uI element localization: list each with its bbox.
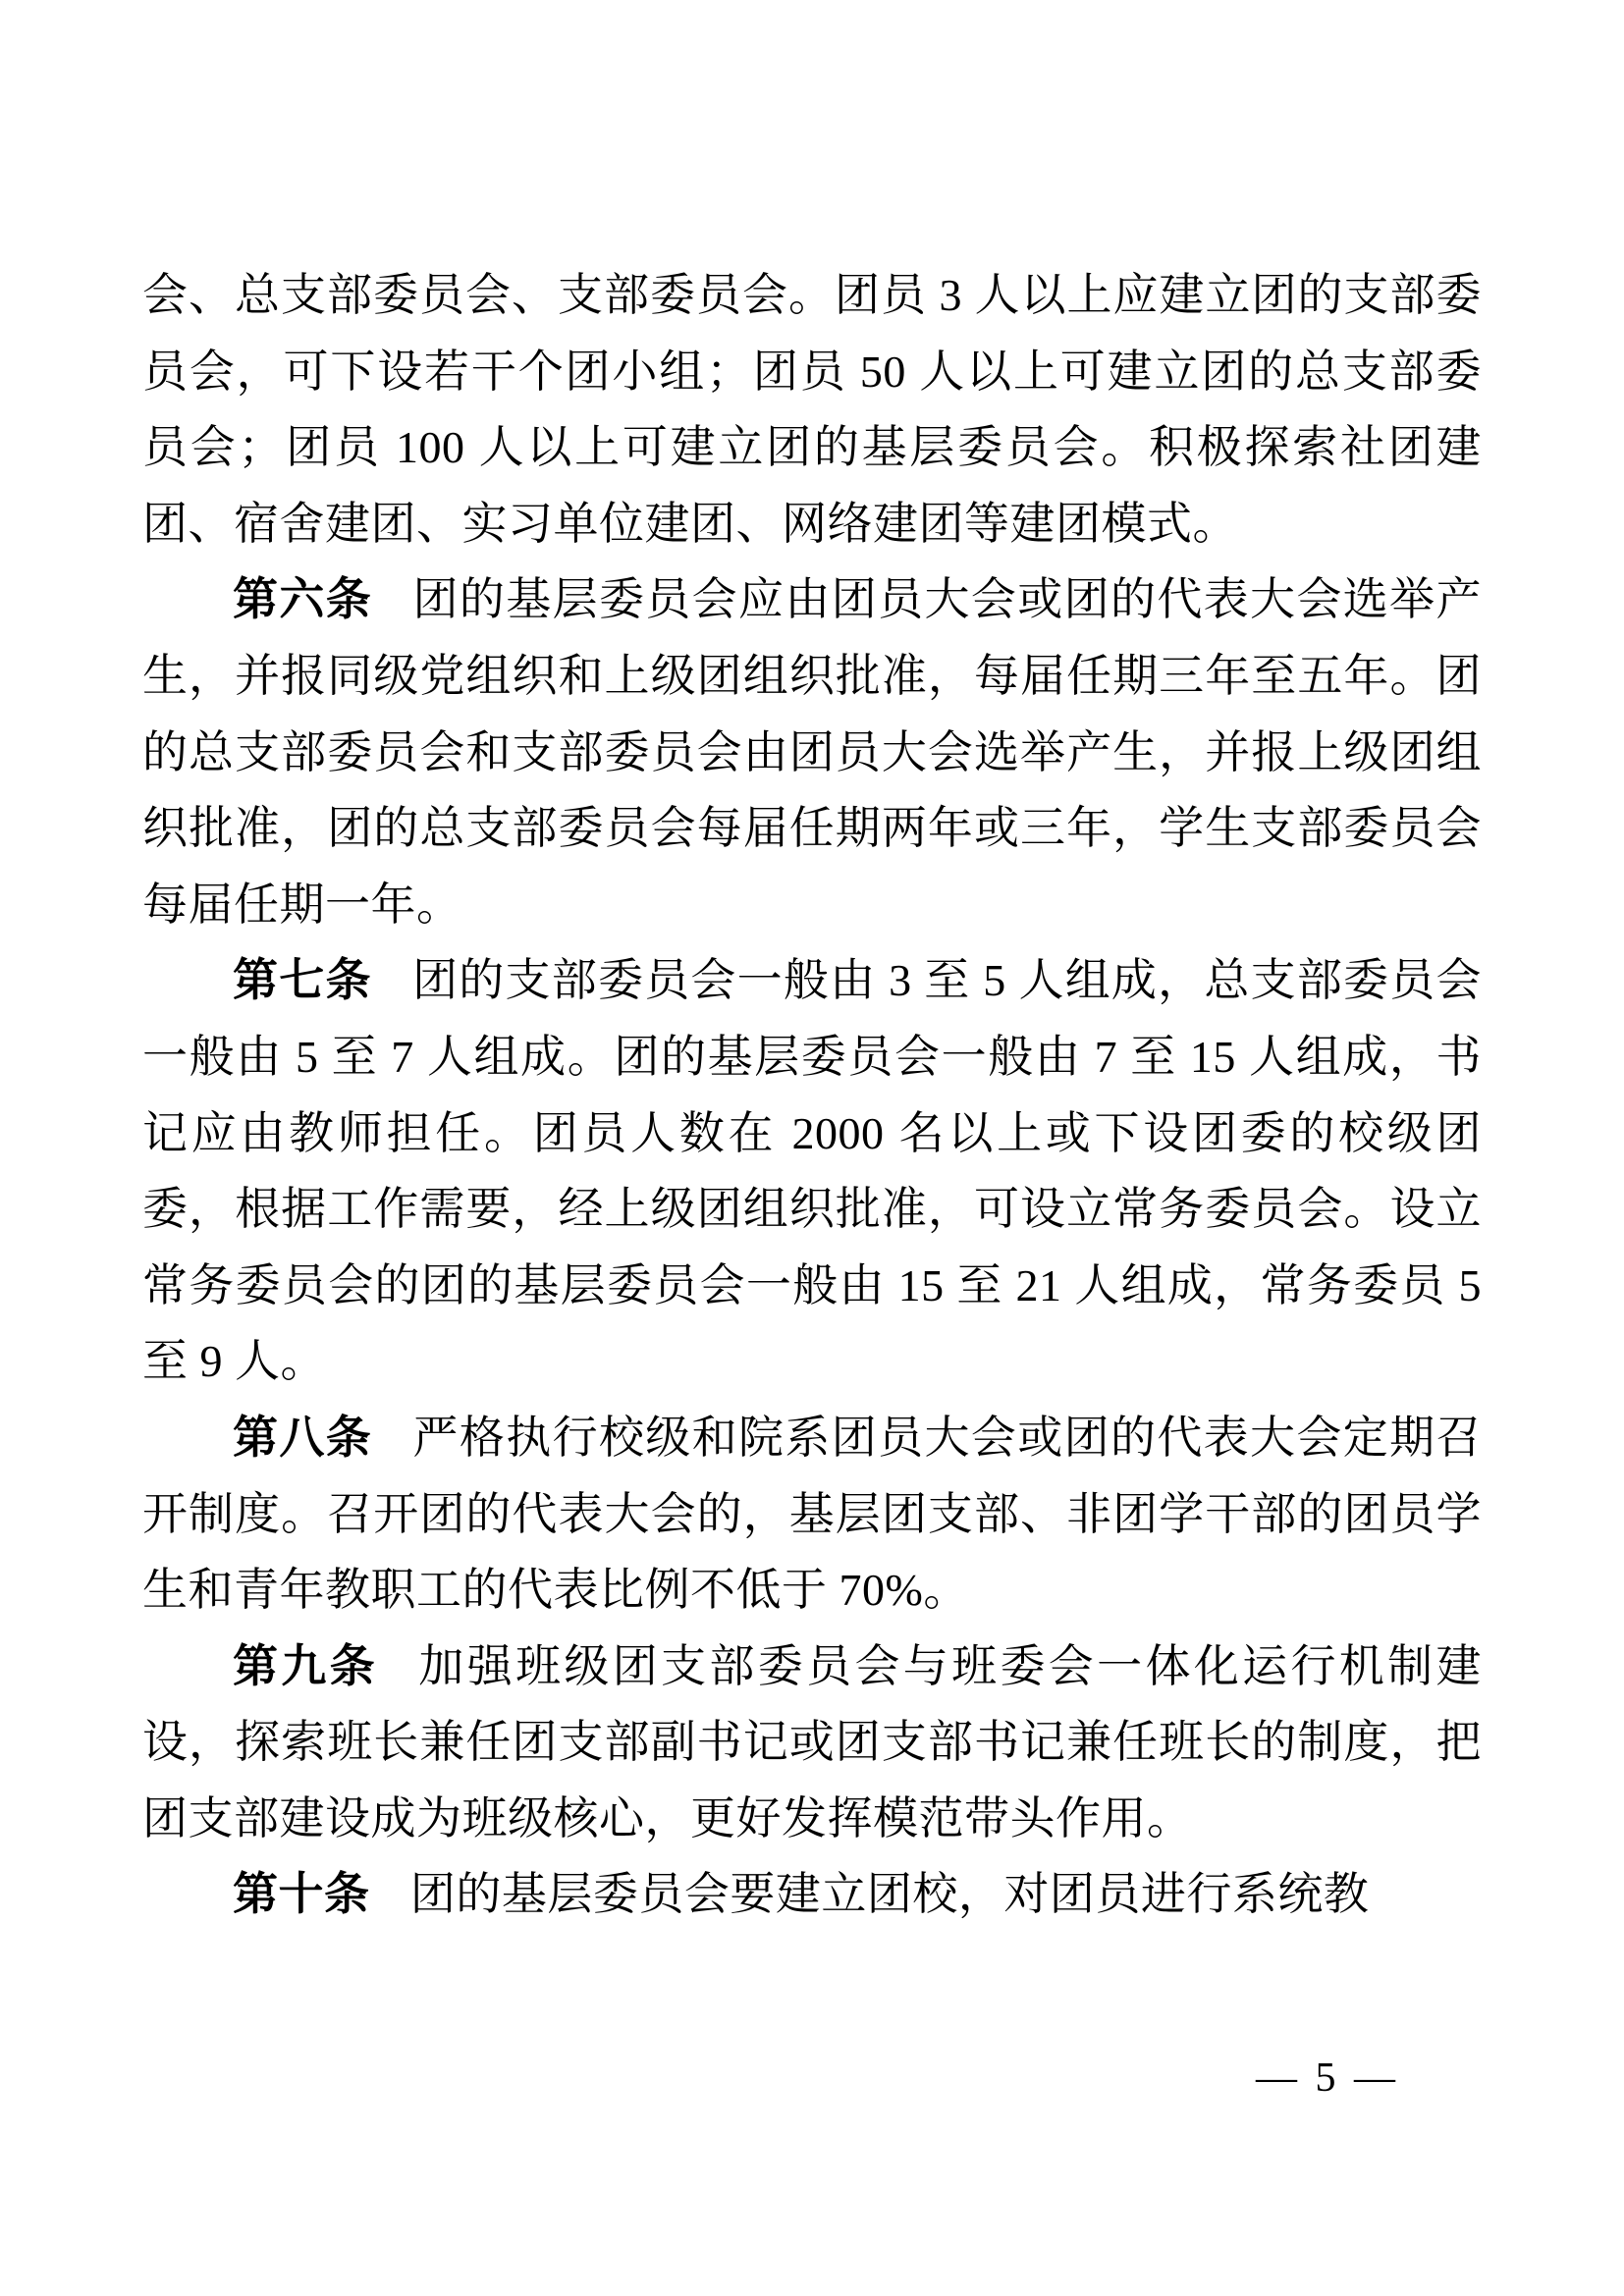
- article-number-8: 第八条: [233, 1412, 372, 1463]
- page-footer: — 5 —: [1256, 2057, 1399, 2099]
- paragraph-text: 团的支部委员会一般由 3 至 5 人组成，总支部委员会一般由 5 至 7 人组成…: [142, 955, 1482, 1386]
- article-number-10: 第十条: [233, 1868, 370, 1919]
- article-number-6: 第六条: [233, 573, 372, 624]
- paragraph-text: 会、总支部委员会、支部委员会。团员 3 人以上应建立团的支部委员会，可下设若干个…: [142, 270, 1482, 549]
- paragraph-article-8: 第八条严格执行校级和院系团员大会或团的代表大会定期召开制度。召开团的代表大会的，…: [142, 1400, 1482, 1629]
- paragraph-continuation: 会、总支部委员会、支部委员会。团员 3 人以上应建立团的支部委员会，可下设若干个…: [142, 257, 1482, 561]
- article-number-7: 第七条: [233, 954, 372, 1005]
- paragraph-text: 团的基层委员会应由团员大会或团的代表大会选举产生，并报同级党组织和上级团组织批准…: [142, 574, 1482, 929]
- paragraph-article-9: 第九条加强班级团支部委员会与班委会一体化运行机制建设，探索班长兼任团支部副书记或…: [142, 1629, 1482, 1857]
- page-number: — 5 —: [1256, 2056, 1399, 2101]
- paragraph-text: 团的基层委员会要建立团校，对团员进行系统教: [410, 1869, 1370, 1919]
- paragraph-article-7: 第七条团的支部委员会一般由 3 至 5 人组成，总支部委员会一般由 5 至 7 …: [142, 942, 1482, 1400]
- article-number-9: 第九条: [233, 1640, 378, 1691]
- paragraph-article-6: 第六条团的基层委员会应由团员大会或团的代表大会选举产生，并报同级党组织和上级团组…: [142, 561, 1482, 942]
- document-page: 会、总支部委员会、支部委员会。团员 3 人以上应建立团的支部委员会，可下设若干个…: [0, 0, 1624, 2296]
- document-body: 会、总支部委员会、支部委员会。团员 3 人以上应建立团的支部委员会，可下设若干个…: [142, 257, 1482, 1933]
- paragraph-article-10: 第十条团的基层委员会要建立团校，对团员进行系统教: [142, 1856, 1482, 1933]
